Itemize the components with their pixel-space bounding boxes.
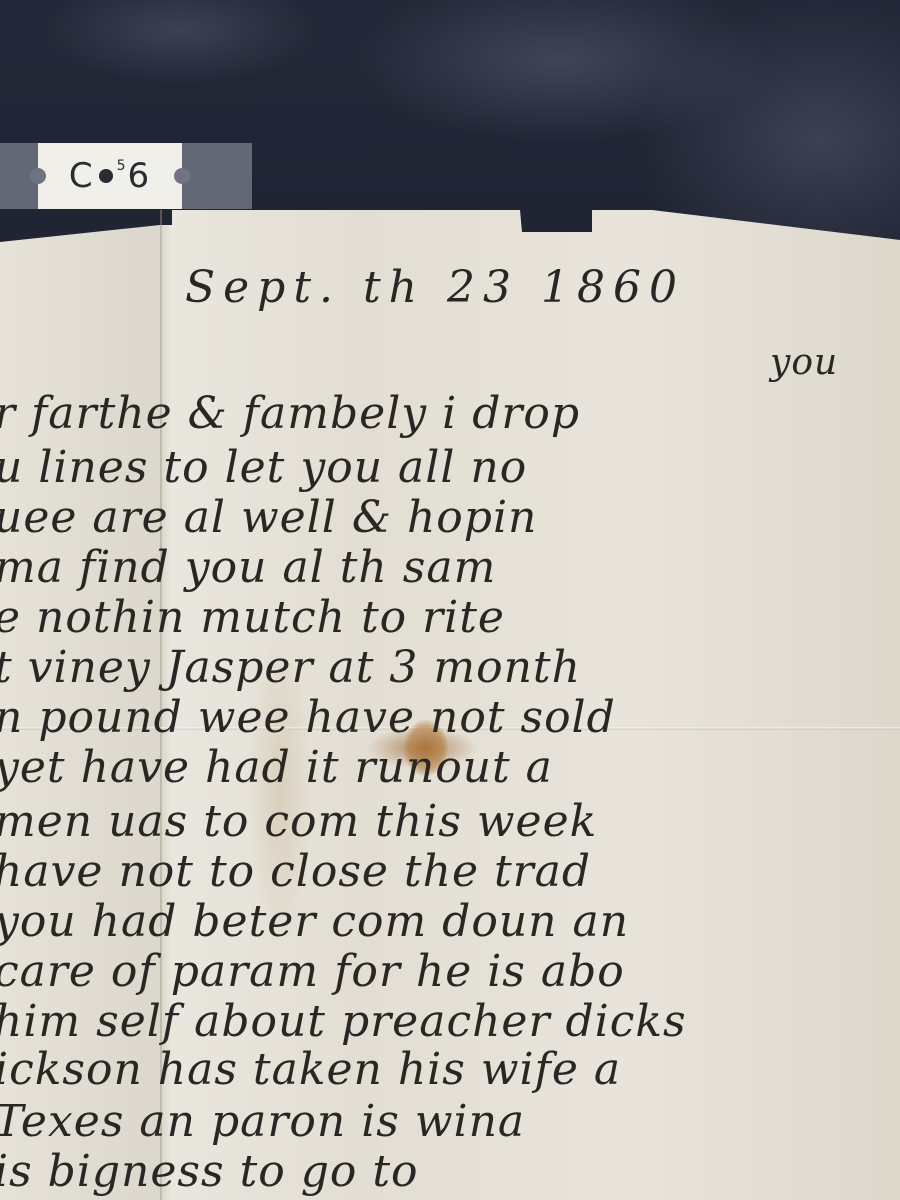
- letter-line-7: n pound wee have not sold: [0, 692, 616, 743]
- letter-line-6: t viney Jasper at 3 month: [0, 642, 581, 693]
- letter-line-11: you had beter com doun an: [0, 896, 629, 947]
- letter-line-3: uee are al well & hopin: [0, 492, 537, 543]
- letter-line-1: r farthe & fambely i drop: [0, 388, 580, 439]
- letter-line-8: yet have had it runout a: [0, 742, 553, 793]
- letter-line-16: is bigness to go to: [0, 1146, 419, 1197]
- letter-line-5: e nothin mutch to rite: [0, 592, 505, 643]
- label-superscript: 5: [117, 158, 128, 174]
- letter-line-14: ickson has taken his wife a: [0, 1044, 621, 1095]
- letter-line-4: ma find you al th sam: [0, 542, 496, 593]
- letter-salutation: you: [770, 342, 838, 383]
- letter-line-13: him self about preacher dicks: [0, 996, 687, 1047]
- letter-line-12: care of param for he is abo: [0, 946, 625, 997]
- specimen-label: C 5 6: [38, 143, 182, 209]
- letter-line-9: men uas to com this week: [0, 796, 597, 847]
- label-prefix: C: [69, 156, 95, 196]
- label-suffix: 6: [128, 156, 152, 196]
- letter-date: Sept. th 23 1860: [185, 262, 685, 313]
- letter-line-2: u lines to let you all no: [0, 442, 527, 493]
- punch-hole-icon: [99, 169, 113, 183]
- letter-line-10: have not to close the trad: [0, 846, 591, 897]
- letter-line-15: Texes an paron is wina: [0, 1096, 525, 1147]
